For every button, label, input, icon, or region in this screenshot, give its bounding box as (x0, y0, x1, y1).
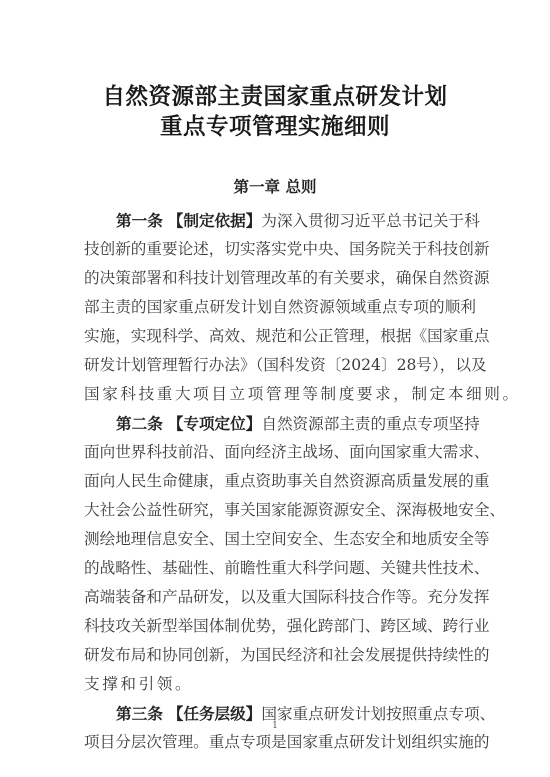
article-number: 第一条 (116, 212, 163, 230)
paragraph-line: 高端装备和产品研发，以及重大国际科技合作等。充分发挥 (84, 583, 476, 612)
paragraph-line: 研发计划管理暂行办法》（国科发资〔2024〕28号），以及 (84, 351, 476, 380)
paragraph-line: 测绘地理信息安全、国土空间安全、生态安全和地质安全等 (84, 525, 476, 554)
article-text: 自然资源部主责的重点专项坚持 (261, 415, 479, 433)
paragraph-line: 科技攻关新型举国体制优势，强化跨部门、跨区域、跨行业 (84, 612, 476, 641)
article-text: 为深入贯彻习近平总书记关于科 (261, 212, 479, 230)
document-title-line-2: 重点专项管理实施细则 (0, 112, 550, 142)
chapter-heading: 第一章 总则 (0, 176, 550, 198)
paragraph-line: 技创新的重要论述，切实落实党中央、国务院关于科技创新 (84, 235, 476, 264)
page-number: 1 (0, 721, 550, 731)
paragraph-line: 面向人民生命健康，重点资助事关自然资源高质量发展的重 (84, 467, 476, 496)
paragraph-line: 国家科技重大项目立项管理等制度要求，制定本细则。 (84, 380, 521, 409)
paragraph-line: 支撑和引领。 (84, 670, 193, 699)
paragraph-line: 面向世界科技前沿、面向经济主战场、面向国家重大需求、 (84, 438, 476, 467)
paragraph-line: 部主责的国家重点研发计划自然资源领域重点专项的顺利 (84, 293, 476, 322)
paragraph-line: 实施，实现科学、高效、规范和公正管理，根据《国家重点 (84, 322, 476, 351)
article-heading: 【制定依据】 (168, 211, 262, 230)
document-page: 自然资源部主责国家重点研发计划 重点专项管理实施细则 第一章 总则 第一条 【制… (0, 0, 550, 777)
paragraph-line: 大社会公益性研究，事关国家能源资源安全、深海极地安全、 (84, 496, 476, 525)
paragraph-line: 项目分层次管理。重点专项是国家重点研发计划组织实施的 (84, 728, 476, 757)
paragraph-line: 的决策部署和科技计划管理改革的有关要求，确保自然资源 (84, 264, 476, 293)
article-1-first-line: 第一条 【制定依据】为深入贯彻习近平总书记关于科 (116, 206, 476, 235)
article-2-first-line: 第二条 【专项定位】自然资源部主责的重点专项坚持 (116, 409, 476, 438)
article-number: 第二条 (116, 415, 163, 433)
document-title-line-1: 自然资源部主责国家重点研发计划 (0, 82, 550, 112)
paragraph-line: 的战略性、基础性、前瞻性重大科学问题、关键共性技术、 (84, 554, 476, 583)
paragraph-line: 研发布局和协同创新，为国民经济和社会发展提供持续性的 (84, 641, 476, 670)
article-heading: 【专项定位】 (168, 414, 262, 433)
